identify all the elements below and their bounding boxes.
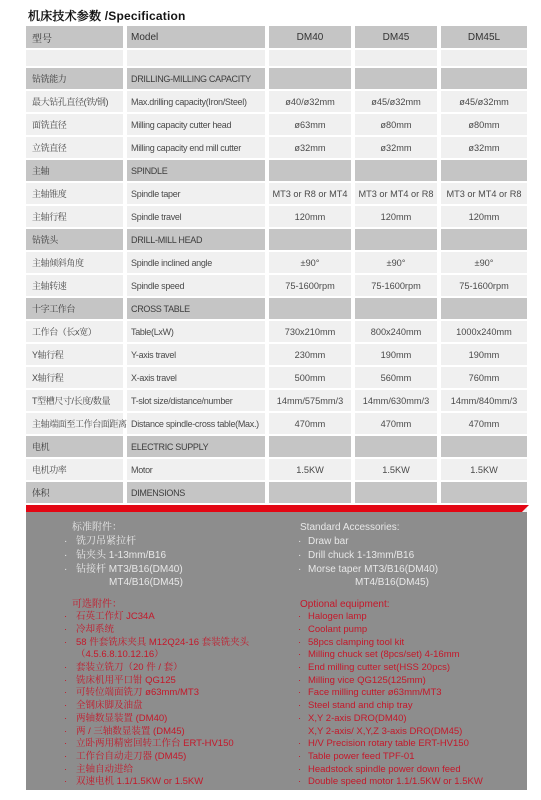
spec-value: 190mm bbox=[355, 344, 437, 365]
spacer-cell bbox=[26, 50, 123, 66]
spec-value: 230mm bbox=[269, 344, 351, 365]
data-row: 主轴锥度Spindle taperMT3 or R8 or MT4MT3 or … bbox=[26, 183, 527, 204]
data-row: 最大钻孔直径(铁/钢)Max.drilling capacity(Iron/St… bbox=[26, 91, 527, 112]
data-row: 主轴倾斜角度Spindle inclined angle±90°±90°±90° bbox=[26, 252, 527, 273]
spec-label-cn: Y轴行程 bbox=[26, 344, 123, 365]
list-item: MT4/B16(DM45) bbox=[298, 576, 526, 590]
list-item: MT4/B16(DM45) bbox=[64, 576, 299, 590]
list-item: ·立卧两用精密回转工作台 ERT-HV150 bbox=[64, 738, 299, 751]
spec-label-en: Y-axis travel bbox=[127, 344, 265, 365]
optional-equipment-list-cn: ·石英工作灯 JC34A·冷却系统·58 件套铣床夹具 M12Q24-16 套装… bbox=[64, 611, 299, 789]
list-item: ·工作台自动走刀器 (DM45) bbox=[64, 751, 299, 764]
spec-value bbox=[441, 482, 527, 503]
spec-value: MT3 or R8 or MT4 bbox=[269, 183, 351, 204]
data-row: 主轴行程Spindle travel120mm120mm120mm bbox=[26, 206, 527, 227]
spec-value: 75-1600rpm bbox=[269, 275, 351, 296]
bullet-dot: · bbox=[64, 700, 76, 713]
list-item-text: 主轴自动进给 bbox=[76, 764, 133, 775]
spec-value: 14mm/840mm/3 bbox=[441, 390, 527, 411]
spec-value: 75-1600rpm bbox=[441, 275, 527, 296]
spec-label-en: Table(LxW) bbox=[127, 321, 265, 342]
spec-value: 1.5KW bbox=[269, 459, 351, 480]
list-item: ·Drill chuck 1-13mm/B16 bbox=[298, 549, 526, 563]
spec-value: 760mm bbox=[441, 367, 527, 388]
list-item-text: 立卧两用精密回转工作台 ERT-HV150 bbox=[76, 738, 234, 749]
list-item: ·Halogen lamp bbox=[298, 611, 526, 624]
column-header: DM40 bbox=[269, 26, 351, 48]
spec-label-cn: T型槽尺寸/长度/数量 bbox=[26, 390, 123, 411]
list-item-text: 两 / 三轴数显装置 (DM45) bbox=[76, 726, 185, 737]
bullet-dot: · bbox=[298, 751, 308, 764]
data-row: 电机功率Motor1.5KW1.5KW1.5KW bbox=[26, 459, 527, 480]
list-item: ·H/V Precision rotary table ERT-HV150 bbox=[298, 738, 526, 751]
list-item: ·全钢床脚及油盘 bbox=[64, 700, 299, 713]
data-row: 立铣直径Milling capacity end mill cutterø32m… bbox=[26, 137, 527, 158]
list-item: （4.5.6.8.10.12.16） bbox=[64, 649, 299, 662]
list-item: ·石英工作灯 JC34A bbox=[64, 611, 299, 624]
spec-label-cn: 主轴端面至工作台面距离 bbox=[26, 413, 123, 434]
list-item: ·双速电机 1.1/1.5KW or 1.5KW bbox=[64, 776, 299, 789]
spec-sheet-page: 机床技术参数 /Specification 型号ModelDM40DM45DM4… bbox=[0, 0, 541, 800]
list-item-text: 58 件套铣床夹具 M12Q24-16 套装铣夹头 bbox=[76, 637, 249, 648]
spec-label-cn: 十字工作台 bbox=[26, 298, 123, 319]
list-item: ·X,Y 2-axis DRO(DM40) bbox=[298, 713, 526, 726]
spec-label-cn: 最大钻孔直径(铁/钢) bbox=[26, 91, 123, 112]
bullet-dot: · bbox=[298, 649, 308, 662]
spec-label-en: DRILLING-MILLING CAPACITY bbox=[127, 68, 265, 89]
bullet-dot: · bbox=[64, 751, 76, 764]
spec-table-body: 型号ModelDM40DM45DM45L钻铣能力DRILLING-MILLING… bbox=[26, 26, 527, 549]
section-row: 电机ELECTRIC SUPPLY bbox=[26, 436, 527, 457]
list-item-text: 冷却系统 bbox=[76, 624, 114, 635]
bullet-dot: · bbox=[64, 624, 76, 637]
data-row: 主轴转速Spindle speed75-1600rpm75-1600rpm75-… bbox=[26, 275, 527, 296]
bullet-dot: · bbox=[298, 700, 308, 713]
list-item: ·两 / 三轴数显装置 (DM45) bbox=[64, 726, 299, 739]
list-item: ·Milling chuck set (8pcs/set) 4-16mm bbox=[298, 649, 526, 662]
spacer-cell bbox=[269, 50, 351, 66]
column-header: 型号 bbox=[26, 26, 123, 48]
bullet-dot: · bbox=[298, 776, 308, 789]
spec-label-en: CROSS TABLE bbox=[127, 298, 265, 319]
list-item: ·Morse taper MT3/B16(DM40) bbox=[298, 563, 526, 577]
list-item: ·主轴自动进给 bbox=[64, 764, 299, 777]
spec-value bbox=[269, 68, 351, 89]
list-item-text: Double speed motor 1.1/1.5KW or 1.5KW bbox=[308, 776, 483, 787]
spec-label-en: Milling capacity end mill cutter bbox=[127, 137, 265, 158]
spec-label-cn: 面铣直径 bbox=[26, 114, 123, 135]
spec-label-en: Milling capacity cutter head bbox=[127, 114, 265, 135]
spacer-cell bbox=[441, 50, 527, 66]
list-item-text: Steel stand and chip tray bbox=[308, 700, 413, 711]
list-item: ·58 件套铣床夹具 M12Q24-16 套装铣夹头 bbox=[64, 637, 299, 650]
spec-label-cn: 主轴倾斜角度 bbox=[26, 252, 123, 273]
spec-label-en: T-slot size/distance/number bbox=[127, 390, 265, 411]
spec-label-en: Spindle travel bbox=[127, 206, 265, 227]
spacer-cell bbox=[355, 50, 437, 66]
spec-value bbox=[355, 482, 437, 503]
list-item-text: Coolant pump bbox=[308, 624, 367, 635]
spec-value: 120mm bbox=[269, 206, 351, 227]
bullet-dot: · bbox=[298, 549, 308, 563]
spec-value: 730x210mm bbox=[269, 321, 351, 342]
spec-label-cn: 电机 bbox=[26, 436, 123, 457]
spec-value: ±90° bbox=[355, 252, 437, 273]
spec-value: ø32mm bbox=[441, 137, 527, 158]
list-item-text: 两轴数显装置 (DM40) bbox=[76, 713, 167, 724]
list-item-text: 双速电机 1.1/1.5KW or 1.5KW bbox=[76, 776, 203, 787]
optional-equipment-list-en: ·Halogen lamp·Coolant pump·58pcs clampin… bbox=[298, 611, 526, 789]
bullet-dot: · bbox=[298, 611, 308, 624]
bullet-dot: · bbox=[64, 611, 76, 624]
list-item: ·Headstock spindle power down feed bbox=[298, 764, 526, 777]
standard-accessories-title-en: Standard Accessories: bbox=[300, 521, 526, 535]
bullet-dot: · bbox=[64, 726, 76, 739]
list-item-text: Milling vice QG125(125mm) bbox=[308, 675, 426, 686]
spec-value bbox=[441, 68, 527, 89]
list-item-text: 钻夹头 1-13mm/B16 bbox=[76, 550, 166, 561]
list-item-text: 可转位端面铣刀 ø63mm/MT3 bbox=[76, 687, 199, 698]
section-row: 十字工作台CROSS TABLE bbox=[26, 298, 527, 319]
list-item-text: H/V Precision rotary table ERT-HV150 bbox=[308, 738, 469, 749]
spec-value: 470mm bbox=[269, 413, 351, 434]
spec-label-en: Distance spindle-cross table(Max.) bbox=[127, 413, 265, 434]
spec-value bbox=[355, 68, 437, 89]
bullet-dot: · bbox=[64, 535, 76, 549]
data-row: 面铣直径Milling capacity cutter headø63mmø80… bbox=[26, 114, 527, 135]
spec-value: MT3 or MT4 or R8 bbox=[355, 183, 437, 204]
spec-label-cn: 钻铣头 bbox=[26, 229, 123, 250]
bullet-dot: · bbox=[64, 687, 76, 700]
spec-label-en: Motor bbox=[127, 459, 265, 480]
list-item: ·两轴数显装置 (DM40) bbox=[64, 713, 299, 726]
bullet-dot: · bbox=[298, 624, 308, 637]
spec-table: 型号ModelDM40DM45DM45L钻铣能力DRILLING-MILLING… bbox=[22, 24, 531, 551]
spec-value: ø80mm bbox=[441, 114, 527, 135]
spec-label-en: Spindle taper bbox=[127, 183, 265, 204]
data-row: X轴行程X-axis travel500mm560mm760mm bbox=[26, 367, 527, 388]
column-header: Model bbox=[127, 26, 265, 48]
spec-label-en: X-axis travel bbox=[127, 367, 265, 388]
spec-value: 1000x240mm bbox=[441, 321, 527, 342]
list-item-text: 石英工作灯 JC34A bbox=[76, 611, 155, 622]
list-item-text: 全钢床脚及油盘 bbox=[76, 700, 143, 711]
spec-value bbox=[441, 229, 527, 250]
list-item: ·可转位端面铣刀 ø63mm/MT3 bbox=[64, 687, 299, 700]
bullet-dot: · bbox=[298, 637, 308, 650]
spec-label-cn: 主轴 bbox=[26, 160, 123, 181]
spec-value bbox=[355, 160, 437, 181]
spec-label-cn: 钻铣能力 bbox=[26, 68, 123, 89]
list-item: ·套装立铣刀（20 件 / 套） bbox=[64, 662, 299, 675]
list-item: ·Table power feed TPF-01 bbox=[298, 751, 526, 764]
spec-label-en: DIMENSIONS bbox=[127, 482, 265, 503]
list-item: ·Milling vice QG125(125mm) bbox=[298, 675, 526, 688]
list-item-text: Draw bar bbox=[308, 536, 349, 547]
spec-label-en: Spindle speed bbox=[127, 275, 265, 296]
spec-value: 500mm bbox=[269, 367, 351, 388]
section-row: 钻铣头DRILL-MILL HEAD bbox=[26, 229, 527, 250]
spec-value bbox=[269, 229, 351, 250]
spec-value bbox=[355, 298, 437, 319]
bullet-dot: · bbox=[64, 675, 76, 688]
spec-label-cn: 立铣直径 bbox=[26, 137, 123, 158]
spec-value: 560mm bbox=[355, 367, 437, 388]
bullet-dot: · bbox=[298, 764, 308, 777]
spec-value: 14mm/575mm/3 bbox=[269, 390, 351, 411]
data-row: T型槽尺寸/长度/数量T-slot size/distance/number14… bbox=[26, 390, 527, 411]
standard-accessories-title-cn: 标准附件： bbox=[72, 521, 299, 535]
section-row: 体积DIMENSIONS bbox=[26, 482, 527, 503]
list-item-text: 铣刀吊紧拉杆 bbox=[76, 536, 136, 547]
data-row: 工作台（长x宽）Table(LxW)730x210mm800x240mm1000… bbox=[26, 321, 527, 342]
list-item-text: 工作台自动走刀器 (DM45) bbox=[76, 751, 186, 762]
list-item: ·Face milling cutter ø63mm/MT3 bbox=[298, 687, 526, 700]
spec-label-cn: X轴行程 bbox=[26, 367, 123, 388]
list-item-text: X,Y 2-axis DRO(DM40) bbox=[308, 713, 407, 724]
spec-value: 470mm bbox=[441, 413, 527, 434]
bullet-dot: · bbox=[298, 563, 308, 577]
bullet-dot: · bbox=[64, 549, 76, 563]
list-item-text: Drill chuck 1-13mm/B16 bbox=[308, 550, 414, 561]
standard-accessories-list-en: ·Draw bar·Drill chuck 1-13mm/B16·Morse t… bbox=[298, 535, 526, 590]
list-item-text: Face milling cutter ø63mm/MT3 bbox=[308, 687, 442, 698]
data-row: Y轴行程Y-axis travel230mm190mm190mm bbox=[26, 344, 527, 365]
standard-accessories-list-cn: ·铣刀吊紧拉杆·钻夹头 1-13mm/B16·钻接杆 MT3/B16(DM40)… bbox=[64, 535, 299, 590]
spec-value: 190mm bbox=[441, 344, 527, 365]
spec-label-cn: 体积 bbox=[26, 482, 123, 503]
data-row: 主轴端面至工作台面距离Distance spindle-cross table(… bbox=[26, 413, 527, 434]
optional-equipment-title-en: Optional equipment: bbox=[300, 598, 526, 611]
spec-value: 1.5KW bbox=[441, 459, 527, 480]
spec-value: MT3 or MT4 or R8 bbox=[441, 183, 527, 204]
spec-value: ø32mm bbox=[355, 137, 437, 158]
spec-value bbox=[355, 436, 437, 457]
spec-value: 470mm bbox=[355, 413, 437, 434]
list-item-text: X,Y 2-axis/ X,Y,Z 3-axis DRO(DM45) bbox=[308, 726, 462, 737]
spec-value bbox=[269, 298, 351, 319]
spec-value bbox=[269, 160, 351, 181]
list-item-text: 套装立铣刀（20 件 / 套） bbox=[76, 662, 183, 673]
spec-label-cn: 主轴锥度 bbox=[26, 183, 123, 204]
spec-value bbox=[441, 160, 527, 181]
spec-value: ±90° bbox=[269, 252, 351, 273]
spec-value bbox=[269, 436, 351, 457]
list-item: ·End milling cutter set(HSS 20pcs) bbox=[298, 662, 526, 675]
accessories-column-cn: 标准附件： ·铣刀吊紧拉杆·钻夹头 1-13mm/B16·钻接杆 MT3/B16… bbox=[64, 521, 299, 789]
spec-label-cn: 电机功率 bbox=[26, 459, 123, 480]
table-header-row: 型号ModelDM40DM45DM45L bbox=[26, 26, 527, 48]
list-item-text: Halogen lamp bbox=[308, 611, 367, 622]
bullet-dot: · bbox=[298, 662, 308, 675]
list-item-text: 58pcs clamping tool kit bbox=[308, 637, 404, 648]
list-item-text: End milling cutter set(HSS 20pcs) bbox=[308, 662, 450, 673]
spec-label-en: ELECTRIC SUPPLY bbox=[127, 436, 265, 457]
spacer-row bbox=[26, 50, 527, 66]
list-item: ·58pcs clamping tool kit bbox=[298, 637, 526, 650]
spec-value: ø45/ø32mm bbox=[355, 91, 437, 112]
spacer-cell bbox=[127, 50, 265, 66]
optional-equipment-title-cn: 可选附件： bbox=[72, 598, 299, 611]
bullet-dot: · bbox=[298, 738, 308, 751]
list-item: ·冷却系统 bbox=[64, 624, 299, 637]
list-item: ·Steel stand and chip tray bbox=[298, 700, 526, 713]
list-item-text: （4.5.6.8.10.12.16） bbox=[76, 649, 164, 660]
spec-value: ø45/ø32mm bbox=[441, 91, 527, 112]
spec-value bbox=[441, 436, 527, 457]
spec-value: 120mm bbox=[355, 206, 437, 227]
bullet-dot: · bbox=[64, 637, 76, 650]
spec-label-en: SPINDLE bbox=[127, 160, 265, 181]
list-item: ·Coolant pump bbox=[298, 624, 526, 637]
list-item: ·铣刀吊紧拉杆 bbox=[64, 535, 299, 549]
list-item-text: MT4/B16(DM45) bbox=[355, 577, 429, 588]
section-row: 钻铣能力DRILLING-MILLING CAPACITY bbox=[26, 68, 527, 89]
column-header: DM45L bbox=[441, 26, 527, 48]
spec-label-en: DRILL-MILL HEAD bbox=[127, 229, 265, 250]
spec-value bbox=[441, 298, 527, 319]
bullet-dot: · bbox=[64, 776, 76, 789]
bullet-dot: · bbox=[64, 713, 76, 726]
list-item: ·铣床机用平口钳 QG125 bbox=[64, 675, 299, 688]
spec-value: 800x240mm bbox=[355, 321, 437, 342]
bullet-dot: · bbox=[298, 535, 308, 549]
list-item-text: Morse taper MT3/B16(DM40) bbox=[308, 564, 438, 575]
red-accent-bar bbox=[26, 505, 529, 512]
accessories-column-en: Standard Accessories: ·Draw bar·Drill ch… bbox=[298, 521, 526, 789]
spec-value: ±90° bbox=[441, 252, 527, 273]
spec-value: ø32mm bbox=[269, 137, 351, 158]
spec-value: 1.5KW bbox=[355, 459, 437, 480]
list-item: ·钻夹头 1-13mm/B16 bbox=[64, 549, 299, 563]
bullet-dot: · bbox=[64, 738, 76, 751]
list-item-text: 钻接杆 MT3/B16(DM40) bbox=[76, 564, 183, 575]
bullet-dot: · bbox=[298, 713, 308, 726]
spec-label-cn: 主轴转速 bbox=[26, 275, 123, 296]
spec-value bbox=[355, 229, 437, 250]
spec-value: ø80mm bbox=[355, 114, 437, 135]
bullet-dot: · bbox=[64, 563, 76, 577]
bullet-dot: · bbox=[298, 675, 308, 688]
spec-value: 120mm bbox=[441, 206, 527, 227]
list-item: X,Y 2-axis/ X,Y,Z 3-axis DRO(DM45) bbox=[298, 726, 526, 739]
spec-value: ø63mm bbox=[269, 114, 351, 135]
list-item: ·钻接杆 MT3/B16(DM40) bbox=[64, 563, 299, 577]
spec-value: 75-1600rpm bbox=[355, 275, 437, 296]
bullet-dot: · bbox=[64, 662, 76, 675]
spec-label-en: Spindle inclined angle bbox=[127, 252, 265, 273]
list-item-text: Milling chuck set (8pcs/set) 4-16mm bbox=[308, 649, 460, 660]
spec-label-cn: 工作台（长x宽） bbox=[26, 321, 123, 342]
section-row: 主轴SPINDLE bbox=[26, 160, 527, 181]
bullet-dot: · bbox=[64, 764, 76, 777]
list-item: ·Draw bar bbox=[298, 535, 526, 549]
spec-value: ø40/ø32mm bbox=[269, 91, 351, 112]
list-item-text: Table power feed TPF-01 bbox=[308, 751, 415, 762]
spec-label-en: Max.drilling capacity(Iron/Steel) bbox=[127, 91, 265, 112]
list-item: ·Double speed motor 1.1/1.5KW or 1.5KW bbox=[298, 776, 526, 789]
list-item-text: MT4/B16(DM45) bbox=[109, 577, 183, 588]
spec-value bbox=[269, 482, 351, 503]
spec-label-cn: 主轴行程 bbox=[26, 206, 123, 227]
column-header: DM45 bbox=[355, 26, 437, 48]
list-item-text: 铣床机用平口钳 QG125 bbox=[76, 675, 176, 686]
list-item-text: Headstock spindle power down feed bbox=[308, 764, 461, 775]
spec-value: 14mm/630mm/3 bbox=[355, 390, 437, 411]
page-title: 机床技术参数 /Specification bbox=[28, 7, 186, 24]
accessories-panel: 标准附件： ·铣刀吊紧拉杆·钻夹头 1-13mm/B16·钻接杆 MT3/B16… bbox=[26, 512, 527, 790]
bullet-dot: · bbox=[298, 687, 308, 700]
